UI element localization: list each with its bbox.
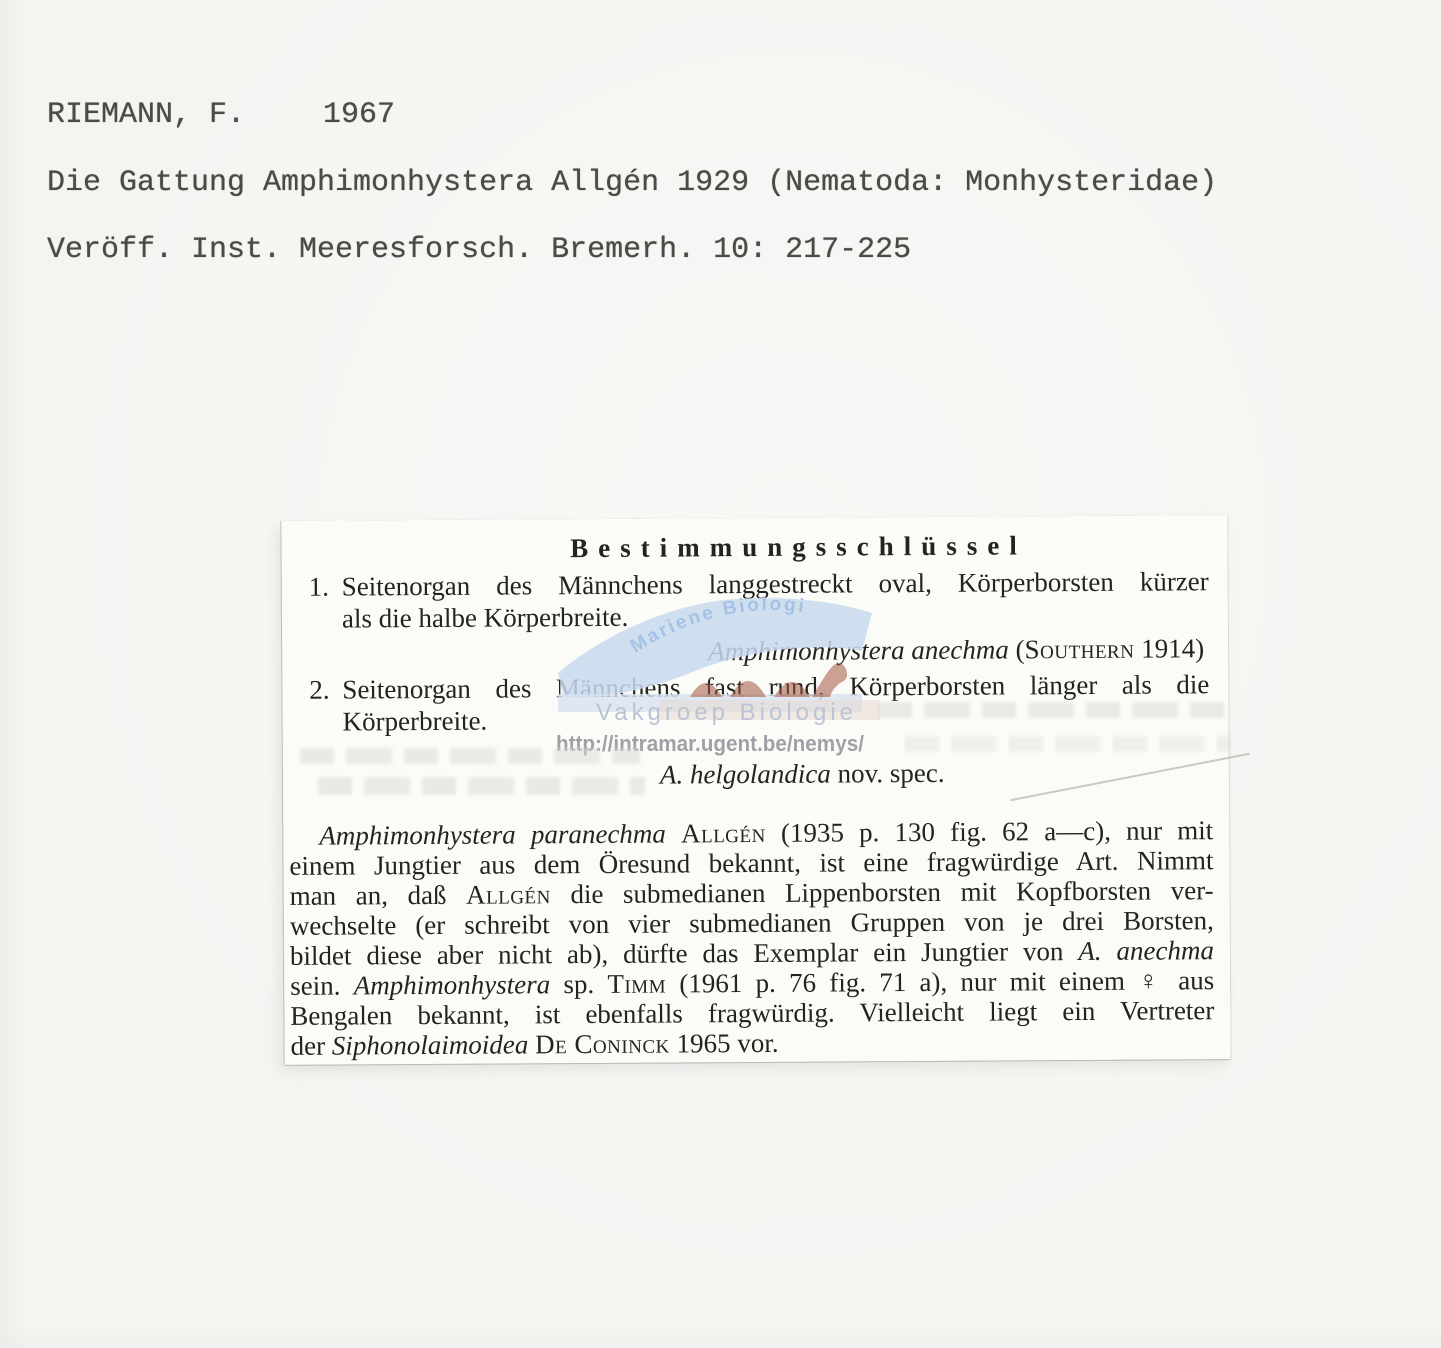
bleedthrough-text-ghost — [905, 736, 1230, 752]
header-citation-line: RIEMANN, F.1967 — [47, 98, 395, 132]
citation-author: RIEMANN, F. — [47, 98, 245, 132]
key-item-number: 2. — [309, 674, 342, 706]
bleedthrough-text-ghost — [318, 777, 645, 795]
bleedthrough-text-ghost — [300, 748, 640, 764]
paragraph-line: Bengalen bekannt, ist ebenfalls fragwürd… — [290, 995, 1214, 1031]
bleedthrough-text-ghost — [878, 702, 1230, 718]
paragraph-line: der Siphonolaimoidea De Coninck 1965 vor… — [290, 1025, 1214, 1061]
citation-year: 1967 — [323, 98, 395, 132]
key-title: Bestimmungsschlüssel — [281, 529, 1227, 566]
key-answer-2: A. helgolandica nov. spec. — [660, 758, 945, 790]
sea-monster-icon — [690, 663, 847, 697]
discussion-paragraph: Amphimonhystera paranechma Allgén (1935 … — [289, 815, 1214, 1061]
key-item-number: 1. — [309, 571, 342, 603]
citation-journal: Veröff. Inst. Meeresforsch. Bremerh. 10:… — [47, 233, 911, 267]
watermark-band-text: Vakgroep Biologie — [596, 699, 857, 727]
citation-title: Die Gattung Amphimonhystera Allgén 1929 … — [47, 166, 1217, 200]
